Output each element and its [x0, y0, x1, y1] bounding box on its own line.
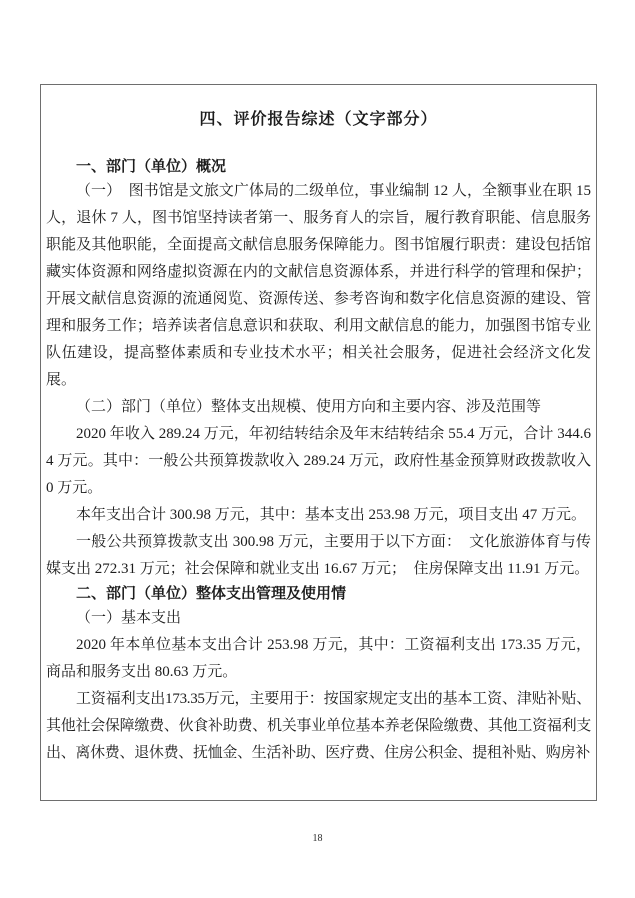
para-income-2020: 2020 年收入 289.24 万元，年初结转结余及年末结转结余 55.4 万元… — [46, 421, 591, 502]
page-border-frame: 四、评价报告综述（文字部分） 一、部门（单位）概况 （一） 图书馆是文旅文广体局… — [40, 84, 597, 801]
para-expenditure-scope-subheading: （二）部门（单位）整体支出规模、使用方向和主要内容、涉及范围等 — [46, 394, 591, 421]
page-number: 18 — [0, 833, 635, 844]
para-budget-expenditure-breakdown: 一般公共预算拨款支出 300.98 万元，主要用于以下方面： 文化旅游体育与传媒… — [46, 529, 591, 583]
para-salary-welfare-detail: 工资福利支出173.35万元，主要用于：按国家规定支出的基本工资、津贴补贴、其他… — [46, 686, 591, 767]
para-unit-overview: （一） 图书馆是文旅文广体局的二级单位，事业编制 12 人，全额事业在职 15 … — [46, 178, 591, 394]
section-2-heading: 二、部门（单位）整体支出管理及使用情 — [46, 583, 591, 605]
para-basic-expenditure-2020: 2020 年本单位基本支出合计 253.98 万元，其中：工资福利支出 173.… — [46, 632, 591, 686]
para-annual-expenditure-total: 本年支出合计 300.98 万元，其中：基本支出 253.98 万元，项目支出 … — [46, 502, 591, 529]
section-1-heading: 一、部门（单位）概况 — [46, 156, 591, 178]
page-title: 四、评价报告综述（文字部分） — [46, 109, 591, 130]
para-basic-expenditure-subheading: （一）基本支出 — [46, 605, 591, 632]
